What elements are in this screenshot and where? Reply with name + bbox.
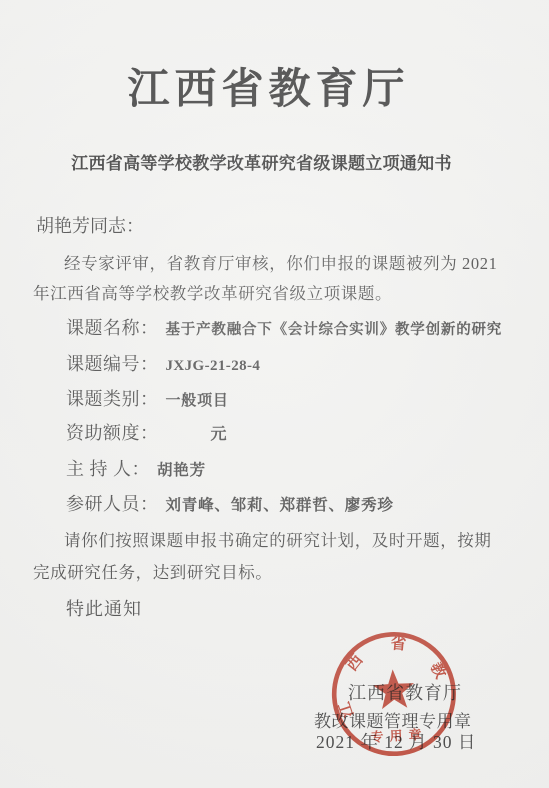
field-value: 胡艳芳: [150, 458, 206, 480]
field-label: 课题名称：: [66, 314, 159, 340]
field-value: JXJG-21-28-4: [159, 358, 261, 375]
paragraph-line: 年江西省高等学校教学改革研究省级立项课题。: [33, 280, 392, 304]
field-row-topic-number: 课题编号： JXJG-21-28-4: [66, 350, 260, 376]
closing-line: 特此通知: [66, 595, 142, 621]
field-label: 课题编号：: [66, 350, 159, 376]
seal-bottom-text: 专用章: [370, 727, 428, 745]
page-title: 江西省教育厅: [0, 56, 543, 116]
field-value: 一般项目: [159, 389, 229, 410]
paragraph-line: 请你们按照课题申报书确定的研究计划，及时开题，按期: [64, 527, 492, 551]
field-label: 课题类别：: [66, 385, 159, 411]
notice-subtitle: 江西省高等学校教学改革研究省级课题立项通知书: [0, 149, 536, 174]
field-value: 刘青峰、邹莉、郑群哲、廖秀珍: [159, 493, 394, 515]
document-page: 江西省教育厅 江西省高等学校教学改革研究省级课题立项通知书 胡艳芳同志： 经专家…: [0, 0, 549, 788]
field-row-funding-amount: 资助额度： 元: [66, 419, 227, 445]
field-value: 基于产教融合下《会计综合实训》教学创新的研究: [159, 318, 503, 339]
field-row-topic-name: 课题名称： 基于产教融合下《会计综合实训》教学创新的研究: [66, 314, 502, 340]
star-icon: [372, 668, 415, 709]
field-value: 元: [159, 421, 228, 444]
field-label: 主 持 人：: [66, 455, 150, 481]
official-seal: 江西省教育厅 专用章: [322, 621, 467, 768]
field-row-topic-category: 课题类别： 一般项目: [66, 385, 229, 411]
paragraph-line: 经专家评审，省教育厅审核，你们申报的课题被列为 2021: [64, 250, 497, 274]
paragraph-line: 完成研究任务，达到研究目标。: [33, 559, 272, 583]
greeting-line: 胡艳芳同志：: [36, 212, 144, 238]
field-row-participants: 参研人员： 刘青峰、邹莉、郑群哲、廖秀珍: [66, 490, 394, 516]
field-row-host: 主 持 人： 胡艳芳: [66, 455, 206, 481]
field-label: 资助额度：: [66, 419, 159, 445]
field-label: 参研人员：: [66, 490, 159, 516]
